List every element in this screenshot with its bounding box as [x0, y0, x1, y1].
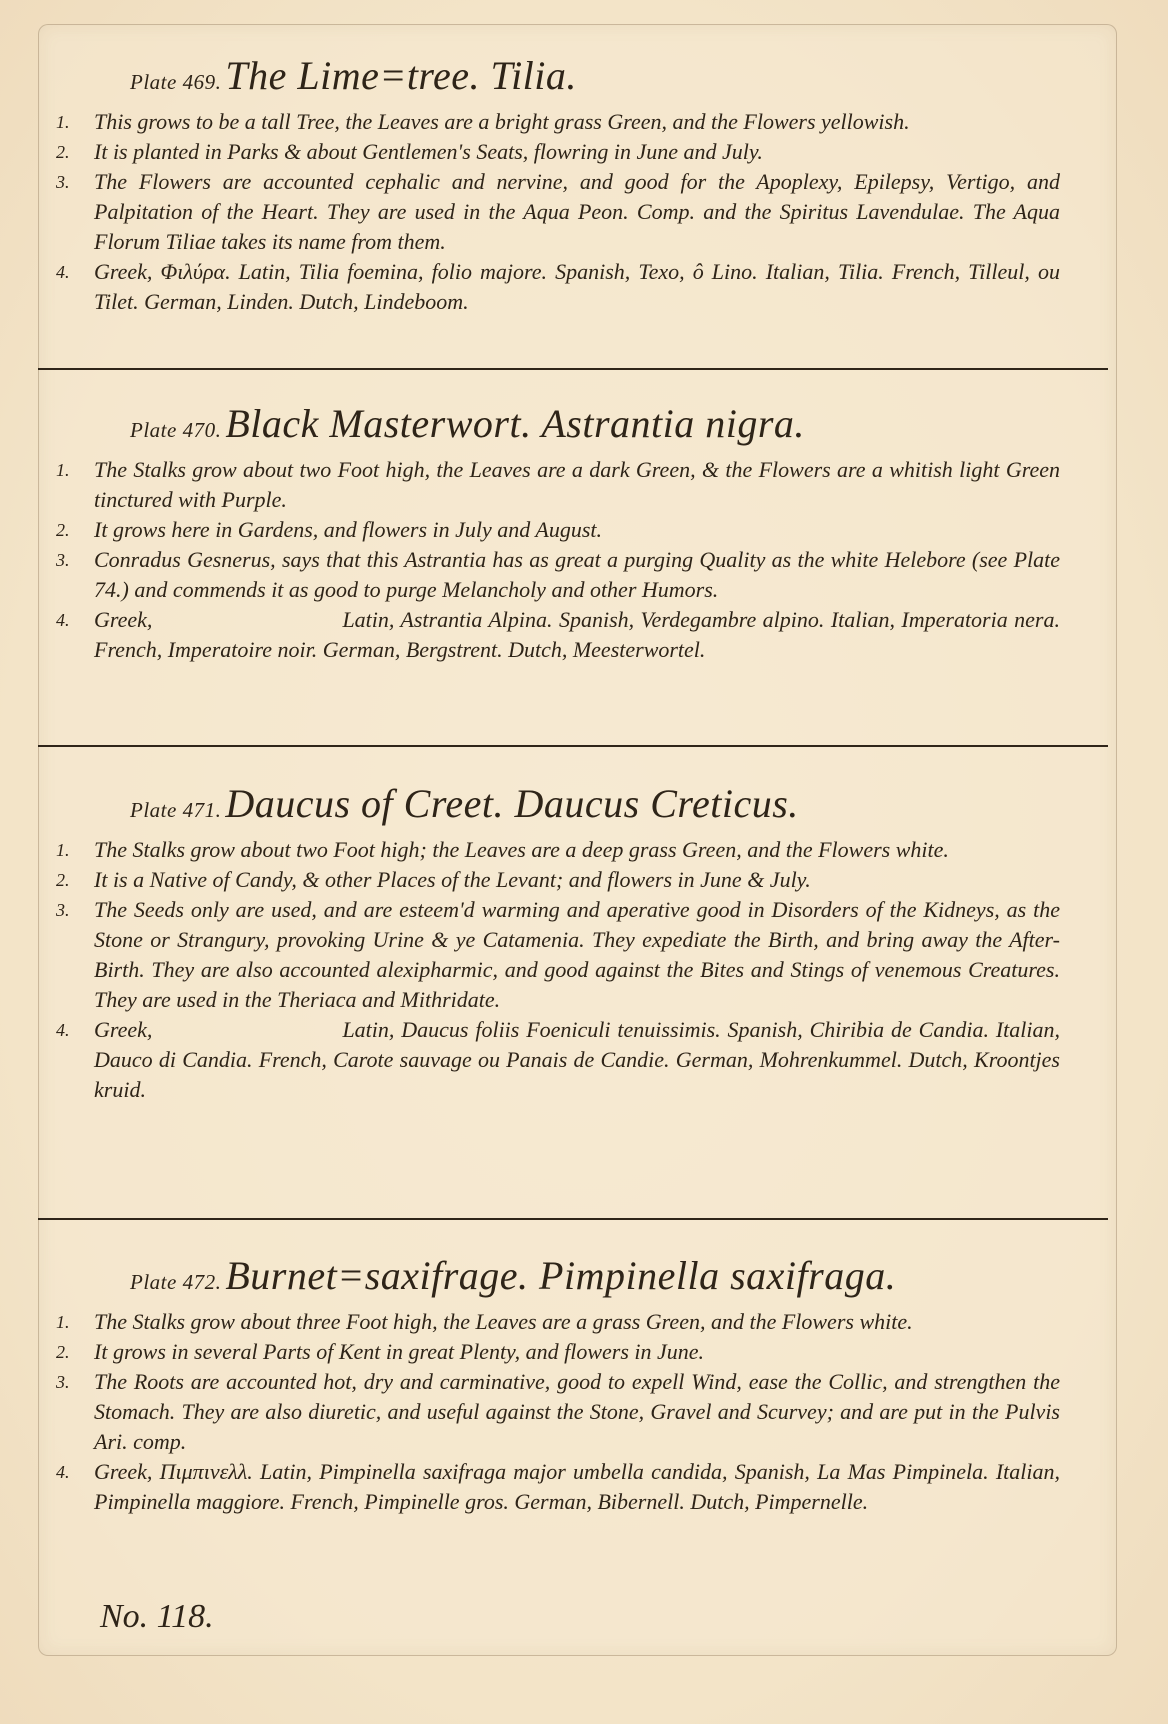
- section-divider: [38, 368, 1108, 370]
- item-number: 3.: [50, 545, 94, 605]
- description-item: 3.The Roots are accounted hot, dry and c…: [50, 1367, 1110, 1457]
- plant-name: The Lime=tree. Tilia.: [225, 53, 577, 98]
- section-divider: [38, 745, 1108, 747]
- plate-number: Plate 470.: [130, 418, 221, 442]
- item-text: The Flowers are accounted cephalic and n…: [94, 167, 1110, 257]
- description-item: 4.Greek,Latin, Daucus foliis Foeniculi t…: [50, 1015, 1110, 1105]
- item-text-wrap: Greek,Latin, Astrantia Alpina. Spanish, …: [94, 605, 1110, 665]
- item-text: This grows to be a tall Tree, the Leaves…: [94, 107, 1110, 137]
- item-text: Greek, Φιλύρα. Latin, Tilia foemina, fol…: [94, 257, 1110, 317]
- item-number: 1.: [50, 455, 94, 515]
- plant-name: Burnet=saxifrage. Pimpinella saxifraga.: [225, 1253, 896, 1298]
- item-text: It is a Native of Candy, & other Places …: [94, 865, 1110, 895]
- description-list: 1.The Stalks grow about three Foot high,…: [50, 1307, 1110, 1517]
- item-number: 4.: [50, 605, 94, 665]
- plate-number: Plate 472.: [130, 1270, 221, 1294]
- item-text: Latin, Daucus foliis Foeniculi tenuissim…: [94, 1017, 1060, 1102]
- plate-469-section: Plate 469. The Lime=tree. Tilia. 1.This …: [50, 52, 1110, 317]
- item-number: 4.: [50, 1457, 94, 1517]
- item-text: It grows here in Gardens, and flowers in…: [94, 515, 1110, 545]
- item-number: 3.: [50, 895, 94, 1015]
- plate-470-section: Plate 470. Black Masterwort. Astrantia n…: [50, 400, 1110, 665]
- item-text: It grows in several Parts of Kent in gre…: [94, 1337, 1110, 1367]
- item-text: Greek, Πιμπινελλ. Latin, Pimpinella saxi…: [94, 1457, 1110, 1517]
- description-item: 1.The Stalks grow about two Foot high, t…: [50, 455, 1110, 515]
- item-text: The Roots are accounted hot, dry and car…: [94, 1367, 1110, 1457]
- item-text: The Stalks grow about three Foot high, t…: [94, 1307, 1110, 1337]
- item-text: Conradus Gesnerus, says that this Astran…: [94, 545, 1110, 605]
- plate-title: Plate 469. The Lime=tree. Tilia.: [130, 52, 1110, 99]
- description-item: 1.The Stalks grow about three Foot high,…: [50, 1307, 1110, 1337]
- folio-number: No. 118.: [100, 1598, 214, 1636]
- description-item: 2.It grows here in Gardens, and flowers …: [50, 515, 1110, 545]
- item-number: 2.: [50, 137, 94, 167]
- item-number: 2.: [50, 515, 94, 545]
- plant-name: Daucus of Creet. Daucus Creticus.: [225, 781, 798, 826]
- item-number: 4.: [50, 257, 94, 317]
- item-number: 4.: [50, 1015, 94, 1105]
- description-list: 1.The Stalks grow about two Foot high; t…: [50, 835, 1110, 1105]
- plate-number: Plate 471.: [130, 798, 221, 822]
- item-number: 3.: [50, 1367, 94, 1457]
- plant-name: Black Masterwort. Astrantia nigra.: [225, 401, 805, 446]
- item-number: 1.: [50, 835, 94, 865]
- item-text: Latin, Astrantia Alpina. Spanish, Verdeg…: [94, 607, 1060, 662]
- description-item: 4.Greek, Πιμπινελλ. Latin, Pimpinella sa…: [50, 1457, 1110, 1517]
- item-text: It is planted in Parks & about Gentlemen…: [94, 137, 1110, 167]
- item-number: 3.: [50, 167, 94, 257]
- item-text: The Stalks grow about two Foot high, the…: [94, 455, 1110, 515]
- description-list: 1.This grows to be a tall Tree, the Leav…: [50, 107, 1110, 317]
- plate-472-section: Plate 472. Burnet=saxifrage. Pimpinella …: [50, 1252, 1110, 1517]
- plate-title: Plate 471. Daucus of Creet. Daucus Creti…: [130, 780, 1110, 827]
- description-item: 2.It is a Native of Candy, & other Place…: [50, 865, 1110, 895]
- greek-label: Greek,: [94, 1017, 152, 1042]
- item-text-wrap: Greek,Latin, Daucus foliis Foeniculi ten…: [94, 1015, 1110, 1105]
- description-item: 4.Greek,Latin, Astrantia Alpina. Spanish…: [50, 605, 1110, 665]
- item-text: The Seeds only are used, and are esteem'…: [94, 895, 1110, 1015]
- section-divider: [38, 1218, 1108, 1220]
- description-item: 4.Greek, Φιλύρα. Latin, Tilia foemina, f…: [50, 257, 1110, 317]
- plate-title: Plate 472. Burnet=saxifrage. Pimpinella …: [130, 1252, 1110, 1299]
- plate-number: Plate 469.: [130, 70, 221, 94]
- greek-label: Greek,: [94, 607, 152, 632]
- plate-title: Plate 470. Black Masterwort. Astrantia n…: [130, 400, 1110, 447]
- description-item: 2.It is planted in Parks & about Gentlem…: [50, 137, 1110, 167]
- description-list: 1.The Stalks grow about two Foot high, t…: [50, 455, 1110, 665]
- item-text: The Stalks grow about two Foot high; the…: [94, 835, 1110, 865]
- description-item: 3.The Flowers are accounted cephalic and…: [50, 167, 1110, 257]
- description-item: 1.This grows to be a tall Tree, the Leav…: [50, 107, 1110, 137]
- plate-471-section: Plate 471. Daucus of Creet. Daucus Creti…: [50, 780, 1110, 1105]
- item-number: 2.: [50, 865, 94, 895]
- item-number: 2.: [50, 1337, 94, 1367]
- item-number: 1.: [50, 107, 94, 137]
- description-item: 1.The Stalks grow about two Foot high; t…: [50, 835, 1110, 865]
- description-item: 3.The Seeds only are used, and are estee…: [50, 895, 1110, 1015]
- description-item: 2.It grows in several Parts of Kent in g…: [50, 1337, 1110, 1367]
- description-item: 3.Conradus Gesnerus, says that this Astr…: [50, 545, 1110, 605]
- item-number: 1.: [50, 1307, 94, 1337]
